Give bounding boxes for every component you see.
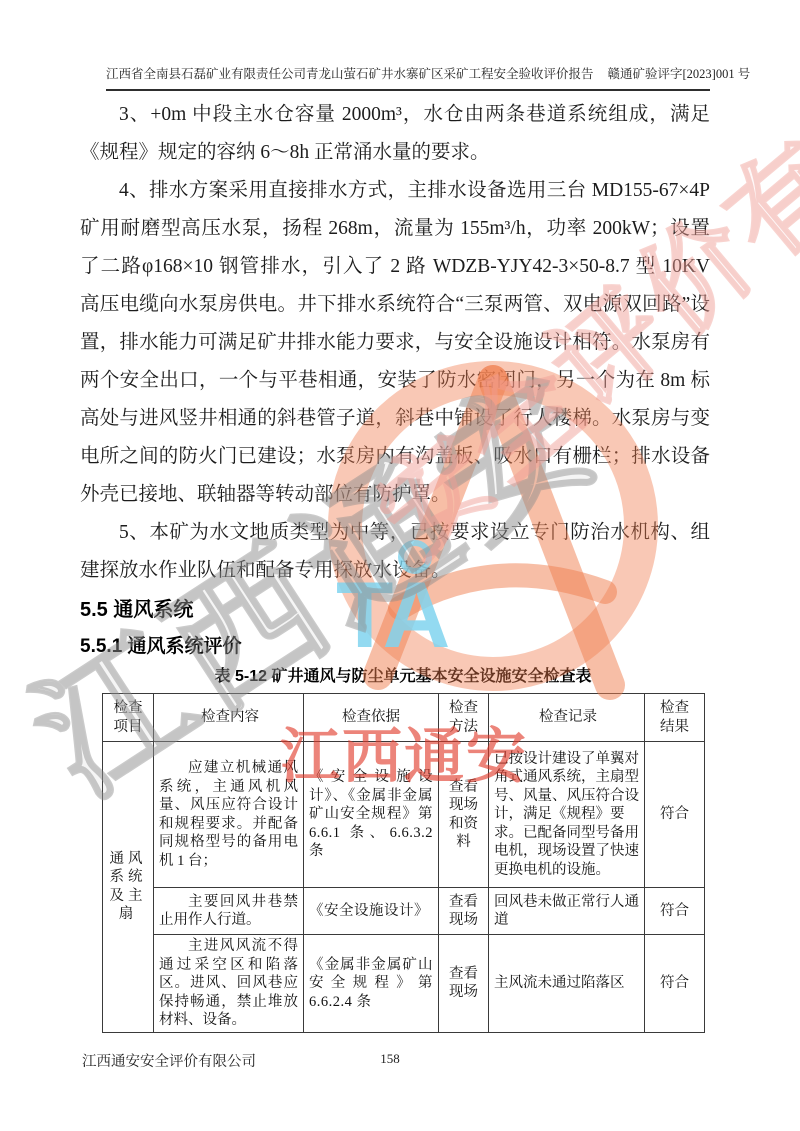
header-cell-check-item: 检查项目	[103, 694, 154, 742]
cell-row3-result: 符合	[645, 935, 705, 1033]
table-row: 通风系统及主扇 应建立机械通风系统，主通风机风量、风压应符合设计和规程要求。并配…	[103, 742, 705, 888]
header-cell-check-content: 检查内容	[154, 694, 304, 742]
safety-check-table: 检查项目 检查内容 检查依据 检查方法 检查记录 检查结果 通风系统及主扇 应建…	[102, 693, 705, 1033]
document-page: 江西省全南县石磊矿业有限责任公司青龙山萤石矿井水寨矿区采矿工程安全验收评价报告 …	[0, 0, 800, 1131]
footer-page-number: 158	[0, 1051, 780, 1067]
cell-row1-content: 应建立机械通风系统，主通风机风量、风压应符合设计和规程要求。并配备同规格型号的备…	[154, 742, 304, 888]
header-cell-check-method: 检查方法	[439, 694, 489, 742]
cell-row2-result: 符合	[645, 888, 705, 935]
paragraph-drainage-scheme: 4、排水方案采用直接排水方式，主排水设备选用三台 MD155-67×4P 矿用耐…	[80, 172, 710, 514]
header-cell-check-record: 检查记录	[489, 694, 645, 742]
page-content: 3、+0m 中段主水仓容量 2000m³，水仓由两条巷道系统组成，满足《规程》规…	[80, 96, 710, 1033]
cell-row2-content: 主要回风井巷禁止用作人行道。	[154, 888, 304, 935]
paragraph-hydrogeology: 5、本矿为水文地质类型为中等，已按要求设立专门防治水机构、组建探放水作业队伍和配…	[80, 514, 710, 590]
table-row: 主要回风井巷禁止用作人行道。 《安全设施设计》 查看现场 回风巷未做正常行人通道…	[103, 888, 705, 935]
doc-number: 赣通矿验评字[2023]001 号	[608, 64, 751, 82]
paragraph-water-sump: 3、+0m 中段主水仓容量 2000m³，水仓由两条巷道系统组成，满足《规程》规…	[80, 96, 710, 172]
cell-project-group: 通风系统及主扇	[103, 742, 154, 1033]
page-header: 江西省全南县石磊矿业有限责任公司青龙山萤石矿井水寨矿区采矿工程安全验收评价报告 …	[106, 64, 710, 91]
table-header-row: 检查项目 检查内容 检查依据 检查方法 检查记录 检查结果	[103, 694, 705, 742]
table-row: 主进风风流不得通过采空区和陷落区。进风、回风巷应保持畅通，禁止堆放材料、设备。 …	[103, 935, 705, 1033]
report-title: 江西省全南县石磊矿业有限责任公司青龙山萤石矿井水寨矿区采矿工程安全验收评价报告	[106, 64, 594, 82]
table-title: 表 5-12 矿井通风与防尘单元基本安全设施安全检查表	[102, 665, 704, 689]
section-heading-5-5-1: 5.5.1 通风系统评价	[80, 632, 710, 662]
header-cell-check-basis: 检查依据	[304, 694, 439, 742]
cell-row2-method: 查看现场	[439, 888, 489, 935]
header-cell-check-result: 检查结果	[645, 694, 705, 742]
cell-row3-basis: 《金属非金属矿山安全规程》第 6.6.2.4 条	[304, 935, 439, 1033]
cell-row1-method: 查看现场和资料	[439, 742, 489, 888]
cell-row3-method: 查看现场	[439, 935, 489, 1033]
cell-row2-record: 回风巷未做正常行人通道	[489, 888, 645, 935]
cell-row3-record: 主风流未通过陷落区	[489, 935, 645, 1033]
check-table-wrap: 表 5-12 矿井通风与防尘单元基本安全设施安全检查表 检查项目 检查内容 检查…	[102, 665, 704, 1033]
cell-row2-basis: 《安全设施设计》	[304, 888, 439, 935]
section-heading-5-5: 5.5 通风系统	[80, 595, 710, 625]
cell-row1-result: 符合	[645, 742, 705, 888]
cell-row1-record: 已按设计建设了单翼对角式通风系统，主扇型号、风量、风压符合设计，满足《规程》要求…	[489, 742, 645, 888]
cell-row1-basis: 《安全设施设计》、《金属非金属矿山安全规程》第 6.6.1 条、6.6.3.2 …	[304, 742, 439, 888]
cell-row3-content: 主进风风流不得通过采空区和陷落区。进风、回风巷应保持畅通，禁止堆放材料、设备。	[154, 935, 304, 1033]
